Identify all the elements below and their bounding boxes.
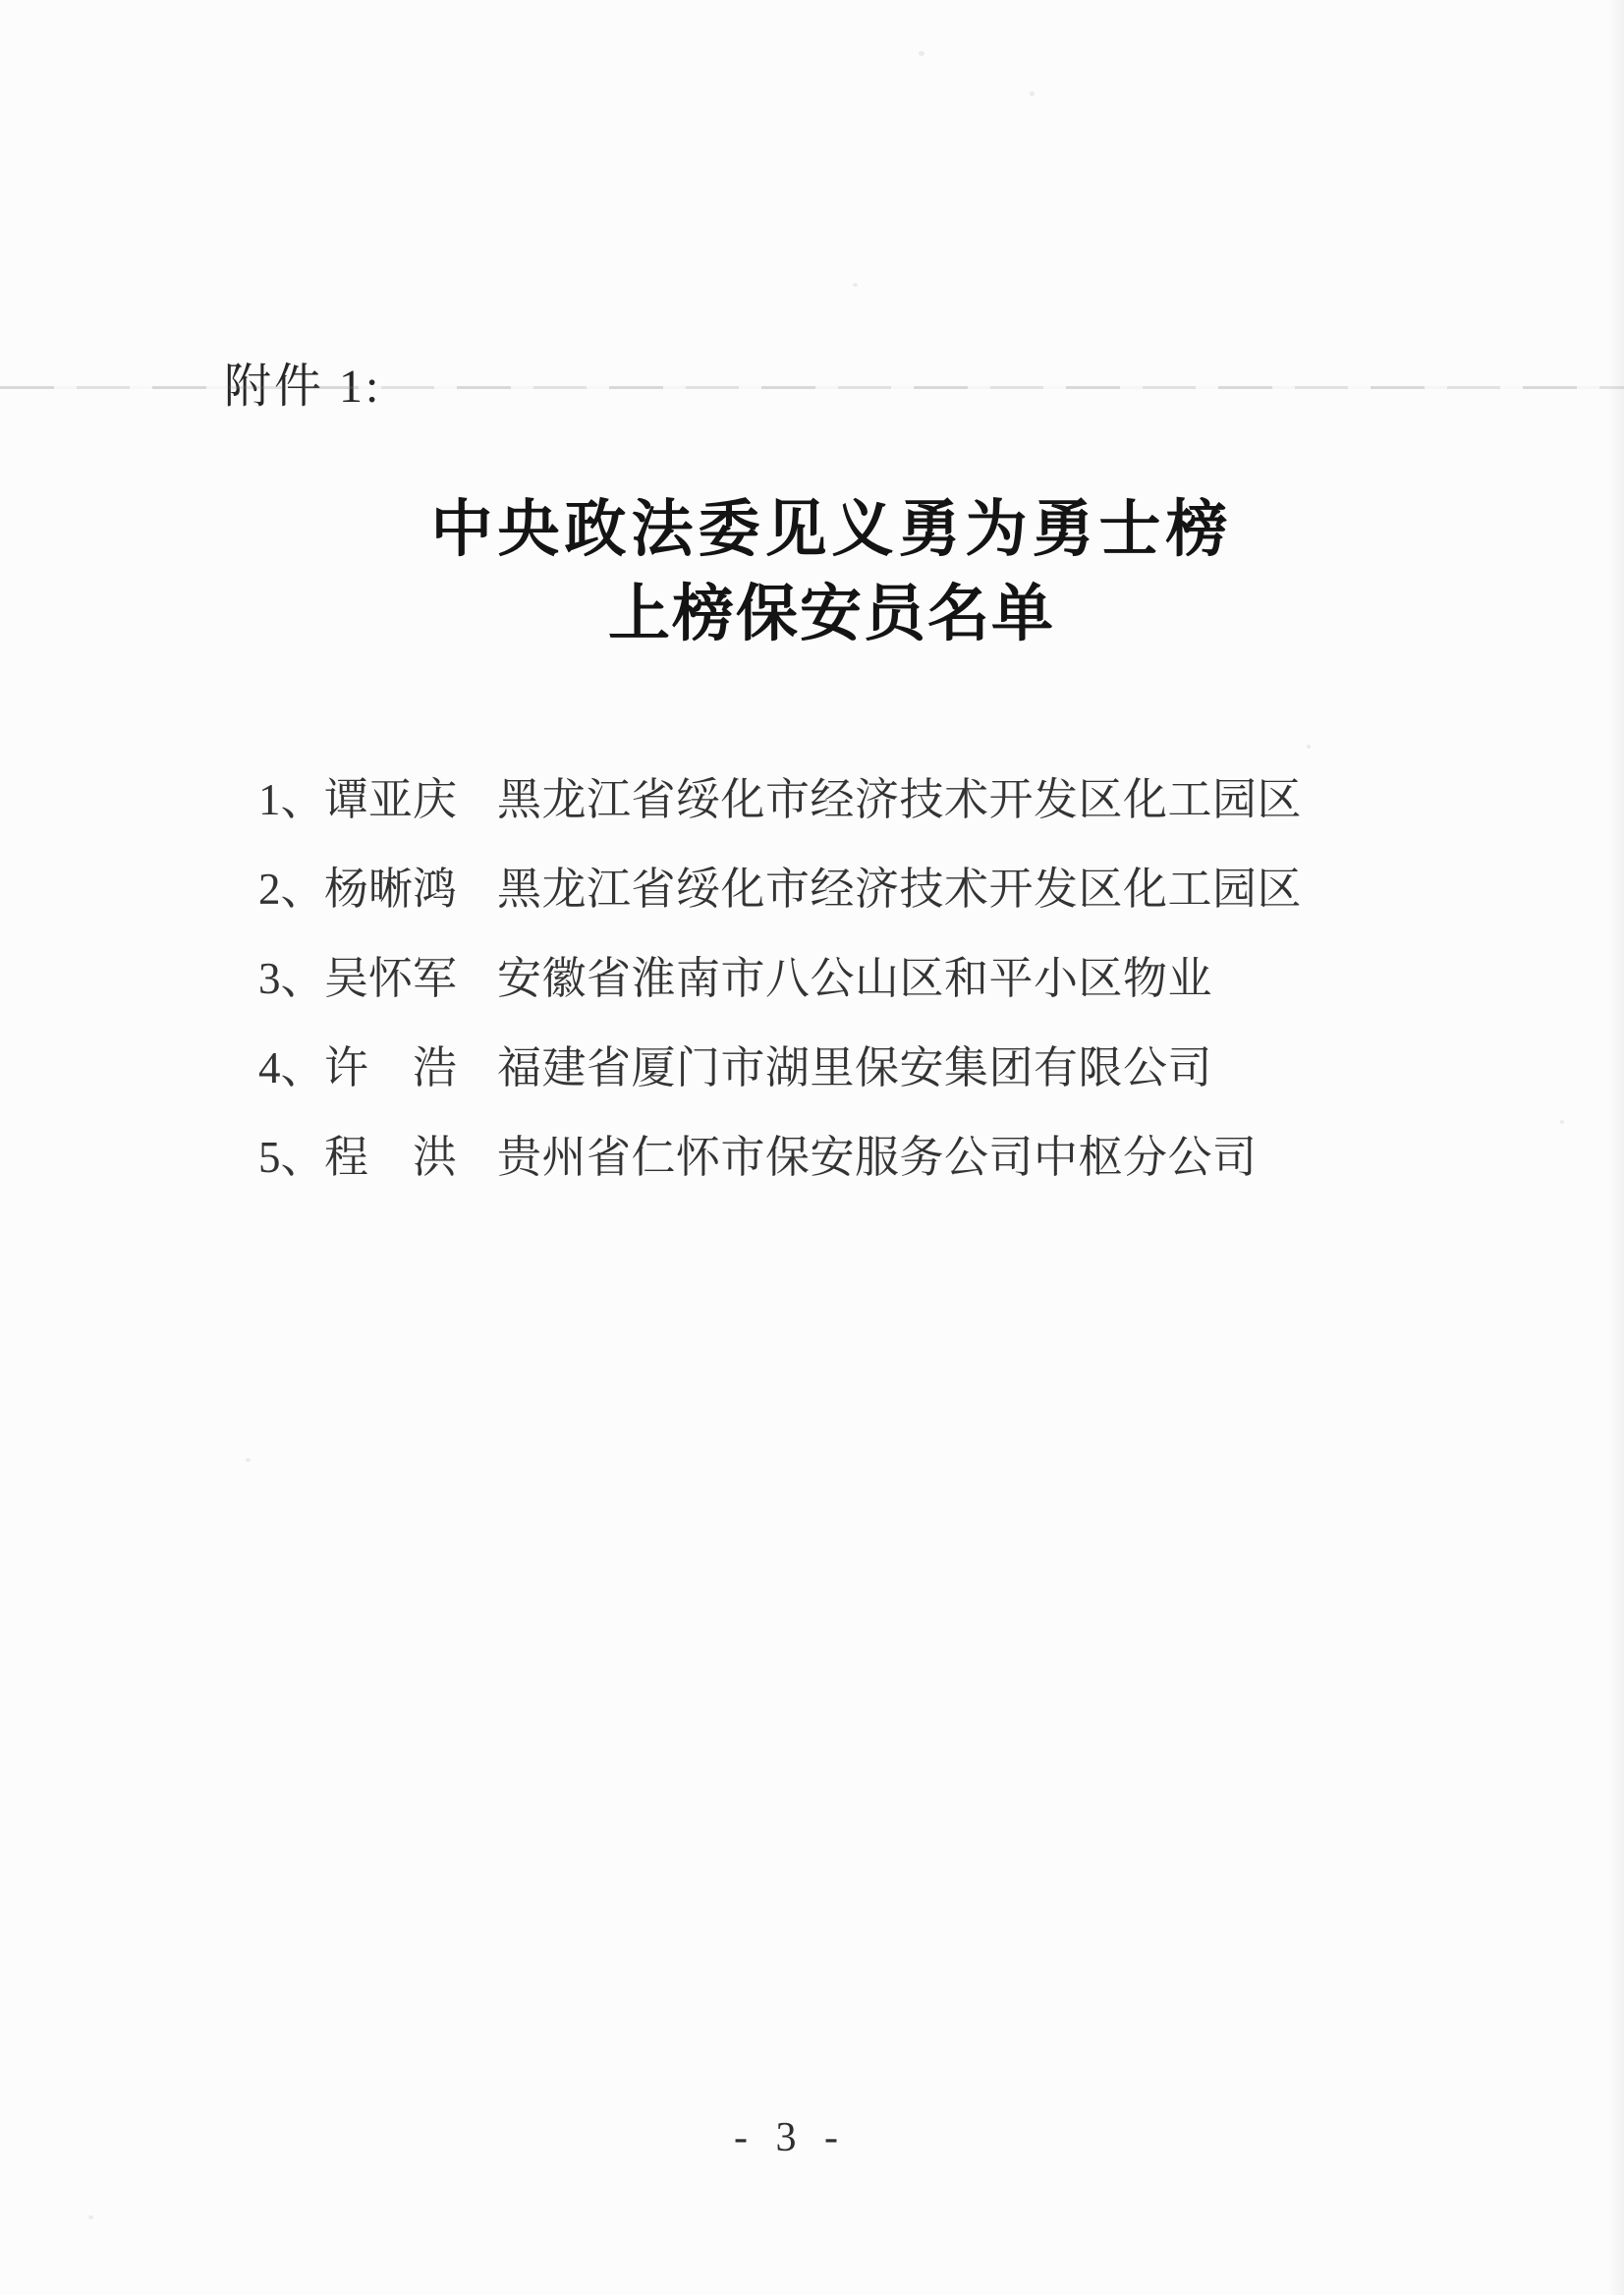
list-item: 2、 杨晰鸿 黑龙江省绥化市经济技术开发区化工园区 <box>258 867 1302 913</box>
scanned-document-page: 附件 1: 中央政法委见义勇为勇士榜 上榜保安员名单 1、 谭亚庆 黑龙江省绥化… <box>0 0 1624 2295</box>
honoree-organization: 黑龙江省绥化市经济技术开发区化工园区 <box>497 777 1302 823</box>
item-number: 4、 <box>258 1045 324 1092</box>
item-number: 2、 <box>258 867 324 913</box>
honoree-name: 许 浩 <box>324 1045 458 1092</box>
scan-speck <box>565 1162 569 1166</box>
item-number: 5、 <box>258 1135 324 1181</box>
scan-speck <box>853 283 858 287</box>
title-line-1: 中央政法委见义勇为勇士榜 <box>20 495 1624 565</box>
scan-speck <box>246 1458 251 1462</box>
list-item: 3、 吴怀军 安徽省淮南市八公山区和平小区物业 <box>258 956 1302 1002</box>
honoree-name: 吴怀军 <box>324 956 458 1002</box>
list-item: 5、 程 洪 贵州省仁怀市保安服务公司中枢分公司 <box>258 1135 1302 1181</box>
scan-edge-shading <box>1608 0 1624 2295</box>
honoree-name: 杨晰鸿 <box>324 867 458 913</box>
scan-speck <box>919 51 924 56</box>
honoree-name: 程 洪 <box>324 1135 458 1181</box>
item-number: 1、 <box>258 777 324 823</box>
document-title: 中央政法委见义勇为勇士榜 上榜保安员名单 <box>20 495 1624 648</box>
scan-speck <box>1307 745 1311 749</box>
scan-speck <box>1560 1120 1564 1124</box>
page-number: - 3 - <box>0 2114 1602 2161</box>
honoree-organization: 福建省厦门市湖里保安集团有限公司 <box>497 1045 1212 1092</box>
honoree-organization: 安徽省淮南市八公山区和平小区物业 <box>497 956 1212 1002</box>
scan-speck <box>88 2215 93 2219</box>
scan-artifact-line <box>0 386 1624 389</box>
list-item: 1、 谭亚庆 黑龙江省绥化市经济技术开发区化工园区 <box>258 777 1302 823</box>
list-item: 4、 许 浩 福建省厦门市湖里保安集团有限公司 <box>258 1045 1302 1092</box>
honoree-name: 谭亚庆 <box>324 777 458 823</box>
scan-speck <box>1030 91 1035 96</box>
attachment-label: 附件 1: <box>224 348 381 416</box>
honoree-list: 1、 谭亚庆 黑龙江省绥化市经济技术开发区化工园区 2、 杨晰鸿 黑龙江省绥化市… <box>258 777 1302 1224</box>
title-line-2: 上榜保安员名单 <box>20 580 1624 649</box>
item-number: 3、 <box>258 956 324 1002</box>
honoree-organization: 黑龙江省绥化市经济技术开发区化工园区 <box>497 867 1302 913</box>
honoree-organization: 贵州省仁怀市保安服务公司中枢分公司 <box>497 1135 1258 1181</box>
